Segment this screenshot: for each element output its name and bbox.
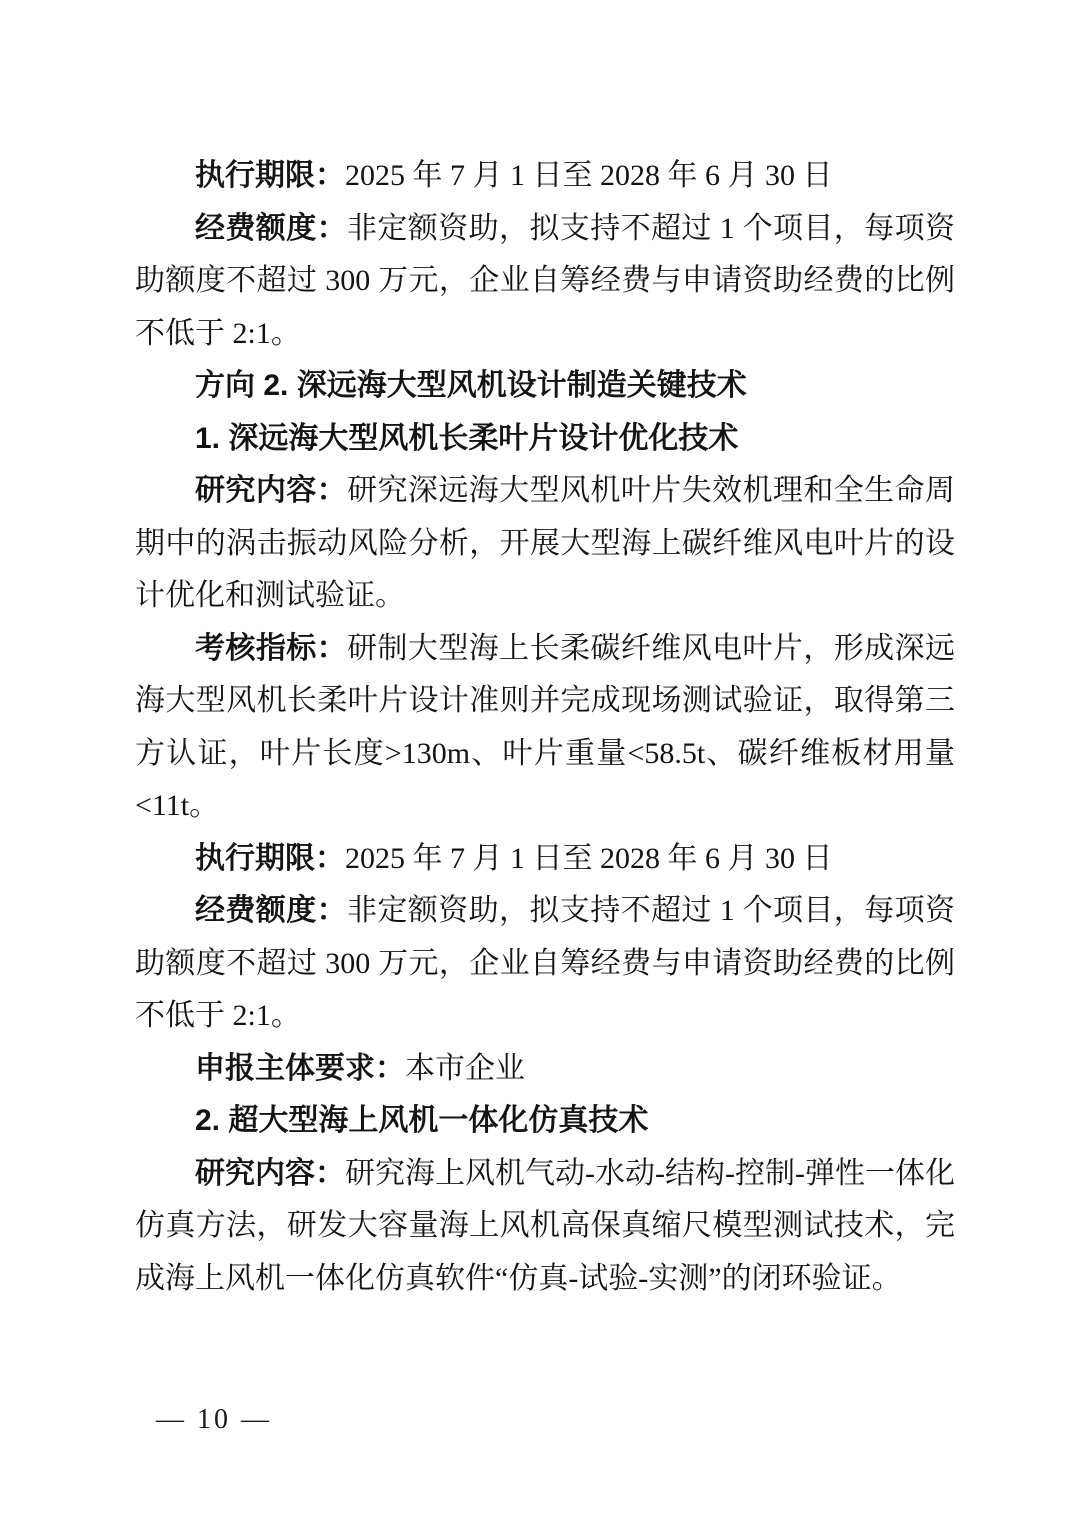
document-page: 执行期限：2025 年 7 月 1 日至 2028 年 6 月 30 日 经费额… bbox=[0, 0, 1080, 1527]
subsection-heading-1: 1. 深远海大型风机长柔叶片设计优化技术 bbox=[135, 413, 955, 466]
paragraph-label: 研究内容： bbox=[195, 474, 347, 507]
paragraph-funding-amount: 经费额度：非定额资助，拟支持不超过 1 个项目，每项资助额度不超过 300 万元… bbox=[135, 203, 955, 361]
paragraph-research-content: 研究内容：研究海上风机气动-水动-结构-控制-弹性一体化仿真方法，研发大容量海上… bbox=[135, 1148, 955, 1306]
heading-text: 1. 深远海大型风机长柔叶片设计优化技术 bbox=[195, 422, 738, 455]
paragraph-assessment-indicators: 考核指标：研制大型海上长柔碳纤维风电叶片，形成深远海大型风机长柔叶片设计准则并完… bbox=[135, 623, 955, 833]
paragraph-execution-period: 执行期限：2025 年 7 月 1 日至 2028 年 6 月 30 日 bbox=[135, 150, 955, 203]
paragraph-label: 考核指标： bbox=[195, 632, 347, 665]
paragraph-label: 经费额度： bbox=[195, 894, 347, 927]
paragraph-funding-amount: 经费额度：非定额资助，拟支持不超过 1 个项目，每项资助额度不超过 300 万元… bbox=[135, 885, 955, 1043]
document-body: 执行期限：2025 年 7 月 1 日至 2028 年 6 月 30 日 经费额… bbox=[135, 150, 955, 1305]
page-footer: — 10 — bbox=[156, 1397, 272, 1443]
paragraph-text: 本市企业 bbox=[405, 1052, 525, 1085]
paragraph-applicant-requirement: 申报主体要求：本市企业 bbox=[135, 1043, 955, 1096]
paragraph-label: 申报主体要求： bbox=[195, 1052, 405, 1085]
heading-text: 方向 2. 深远海大型风机设计制造关键技术 bbox=[195, 369, 747, 402]
heading-text: 2. 超大型海上风机一体化仿真技术 bbox=[195, 1104, 648, 1137]
paragraph-research-content: 研究内容：研究深远海大型风机叶片失效机理和全生命周期中的涡击振动风险分析，开展大… bbox=[135, 465, 955, 623]
paragraph-label: 经费额度： bbox=[195, 212, 347, 245]
paragraph-execution-period: 执行期限：2025 年 7 月 1 日至 2028 年 6 月 30 日 bbox=[135, 833, 955, 886]
page-number: — 10 — bbox=[156, 1404, 272, 1435]
paragraph-label: 研究内容： bbox=[195, 1157, 345, 1190]
paragraph-text: 2025 年 7 月 1 日至 2028 年 6 月 30 日 bbox=[345, 842, 833, 875]
section-heading-direction-2: 方向 2. 深远海大型风机设计制造关键技术 bbox=[135, 360, 955, 413]
paragraph-text: 2025 年 7 月 1 日至 2028 年 6 月 30 日 bbox=[345, 159, 833, 192]
subsection-heading-2: 2. 超大型海上风机一体化仿真技术 bbox=[135, 1095, 955, 1148]
paragraph-label: 执行期限： bbox=[195, 842, 345, 875]
paragraph-label: 执行期限： bbox=[195, 159, 345, 192]
